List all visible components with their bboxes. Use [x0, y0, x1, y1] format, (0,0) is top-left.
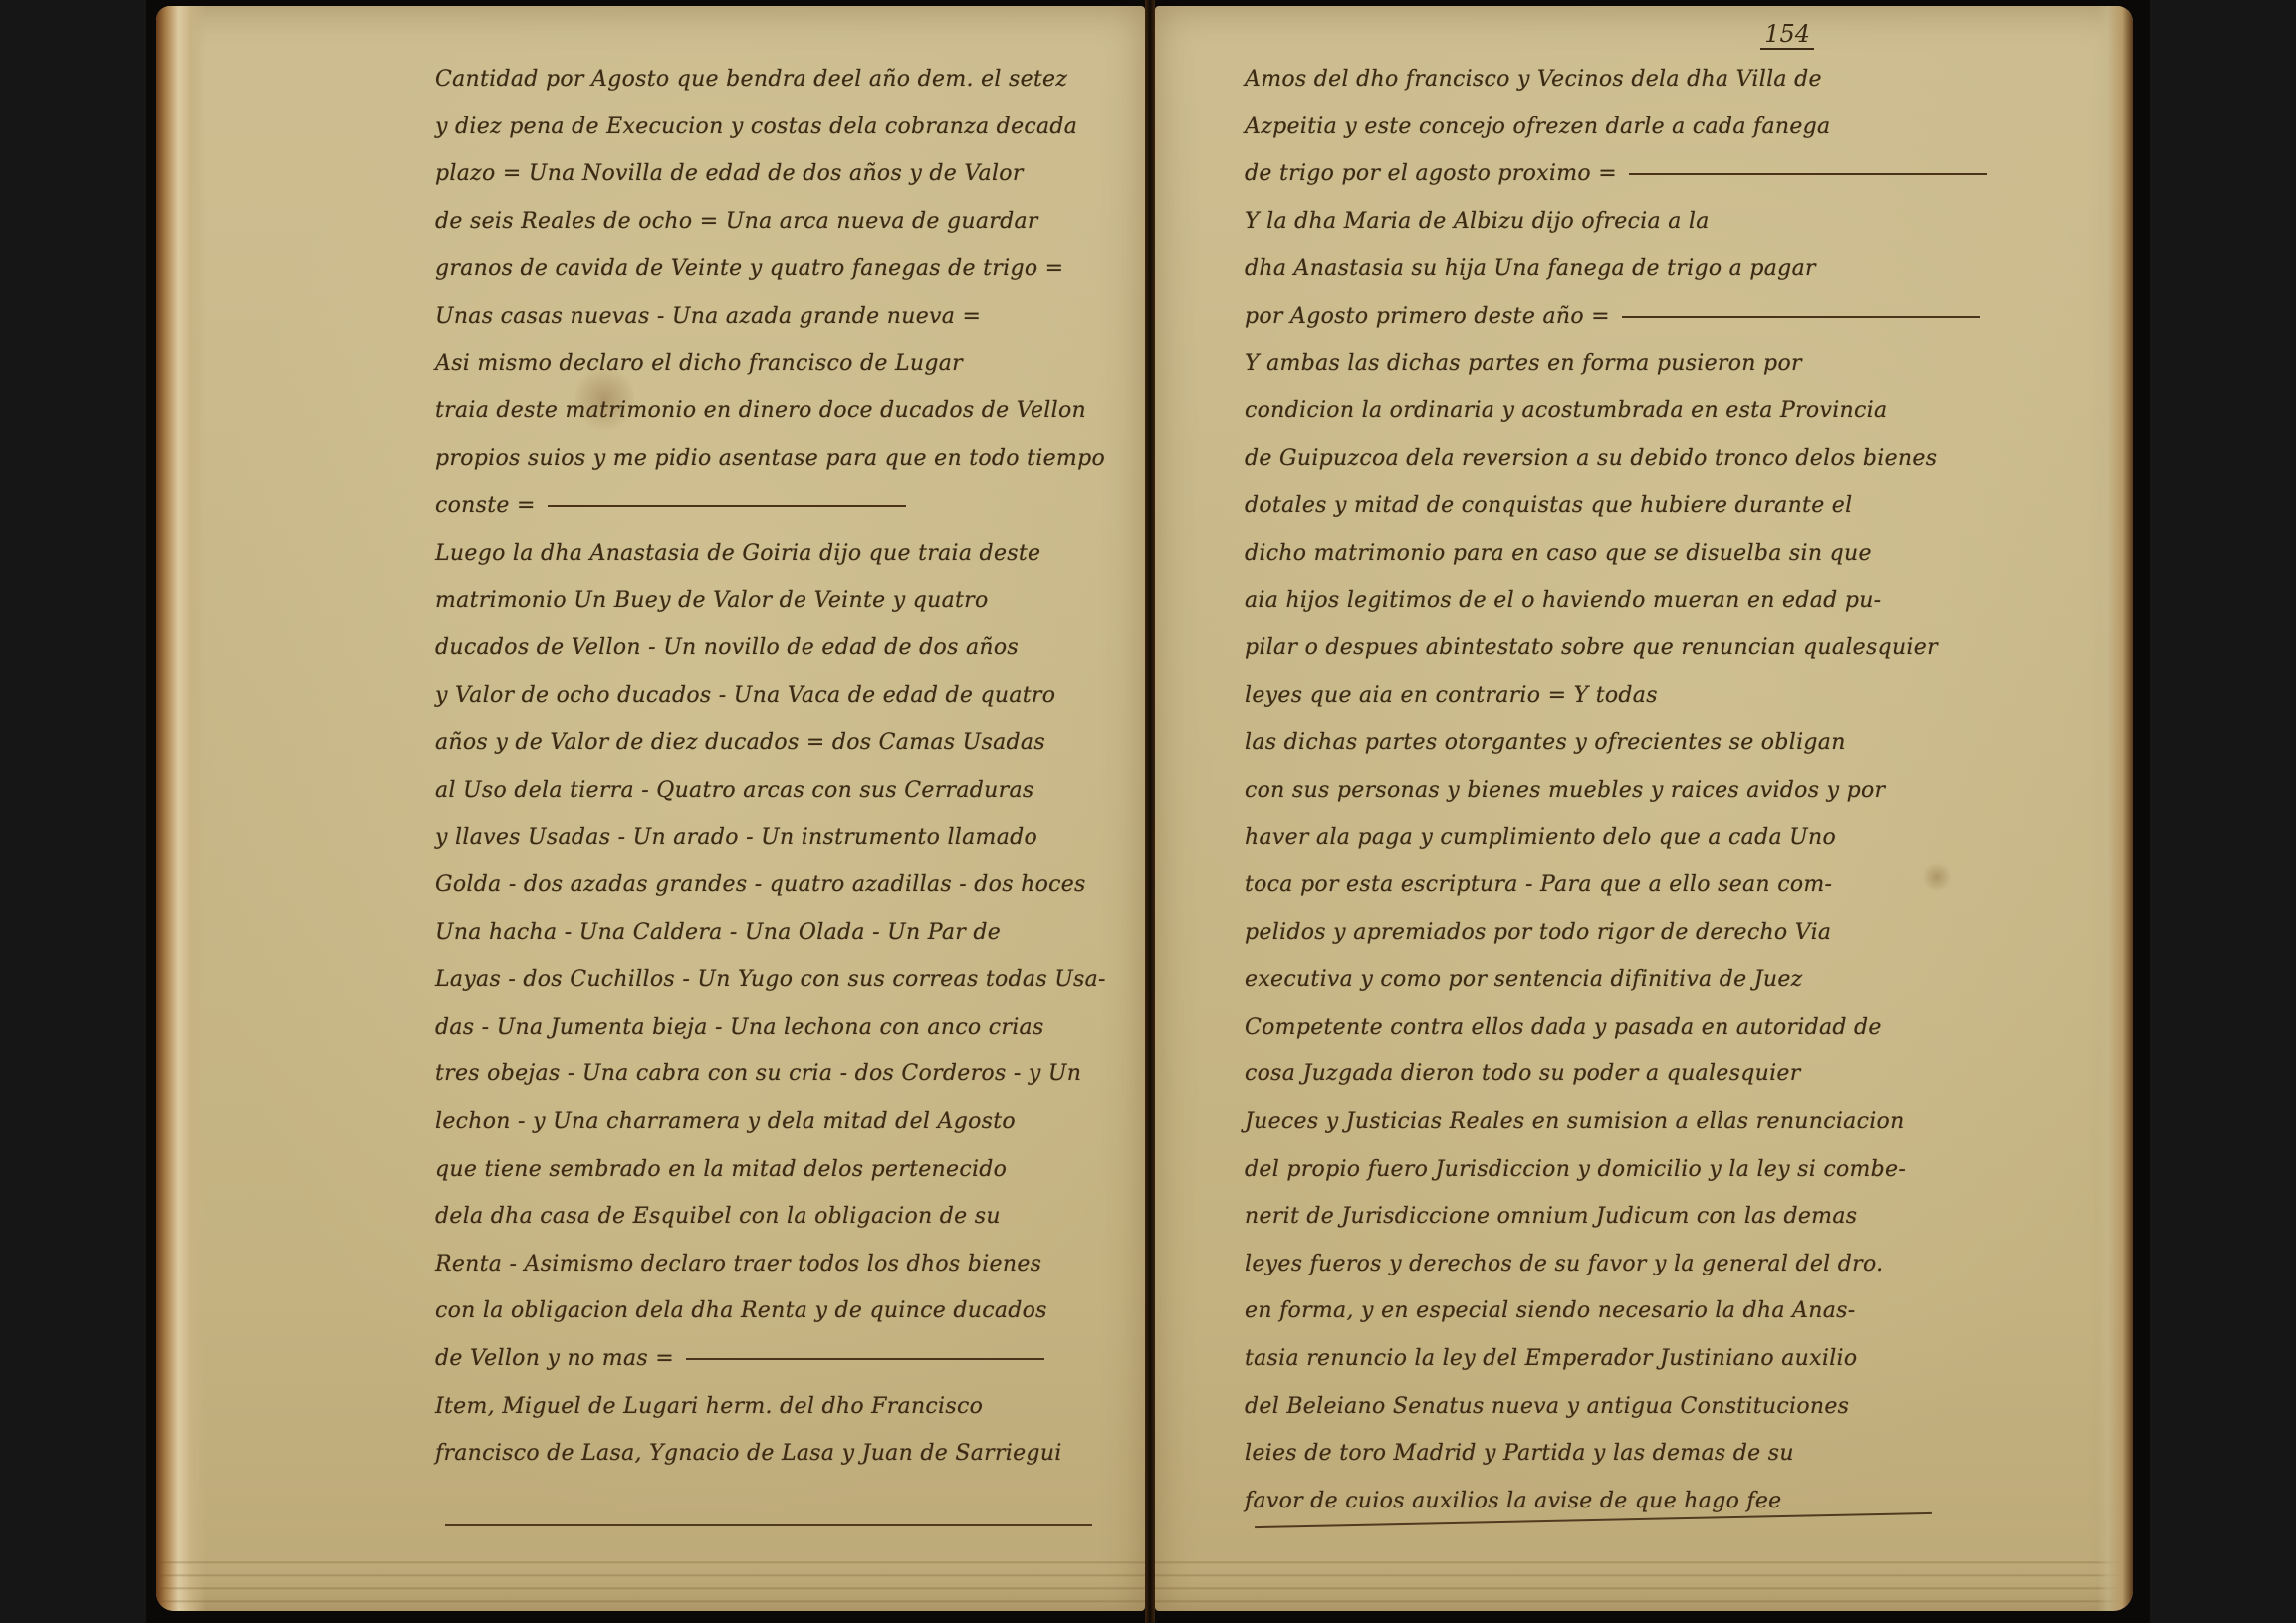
manuscript-line: Azpeitia y este concejo ofrezen darle a …: [1245, 104, 2101, 151]
manuscript-line: dicho matrimonio para en caso que se dis…: [1245, 530, 2101, 578]
manuscript-line: plazo = Una Novilla de edad de dos años …: [435, 150, 1122, 198]
manuscript-line: de Vellon y no mas =: [435, 1335, 1122, 1383]
manuscript-spread: Cantidad por Agosto que bendra deel año …: [146, 0, 2150, 1623]
manuscript-line: de seis Reales de ocho = Una arca nueva …: [435, 198, 1122, 246]
manuscript-line: francisco de Lasa, Ygnacio de Lasa y Jua…: [435, 1430, 1122, 1478]
manuscript-line: leyes que aia en contrario = Y todas: [1245, 672, 2101, 720]
manuscript-line: de trigo por el agosto proximo =: [1245, 150, 2101, 198]
manuscript-line: al Uso dela tierra - Quatro arcas con su…: [435, 767, 1122, 814]
manuscript-line: pelidos y apremiados por todo rigor de d…: [1245, 909, 2101, 957]
manuscript-line: leyes fueros y derechos de su favor y la…: [1245, 1241, 2101, 1288]
manuscript-line: del propio fuero Jurisdiccion y domicili…: [1245, 1146, 2101, 1194]
manuscript-line: de Guipuzcoa dela reversion a su debido …: [1245, 435, 2101, 483]
manuscript-line: Unas casas nuevas - Una azada grande nue…: [435, 293, 1122, 341]
manuscript-line: aia hijos legitimos de el o haviendo mue…: [1245, 578, 2101, 625]
manuscript-line: Cantidad por Agosto que bendra deel año …: [435, 56, 1122, 104]
manuscript-line: executiva y como por sentencia difinitiv…: [1245, 956, 2101, 1004]
manuscript-line: tasia renuncio la ley del Emperador Just…: [1245, 1335, 2101, 1383]
manuscript-line: Una hacha - Una Caldera - Una Olada - Un…: [435, 909, 1122, 957]
manuscript-line: Amos del dho francisco y Vecinos dela dh…: [1245, 56, 2101, 104]
manuscript-line: ducados de Vellon - Un novillo de edad d…: [435, 624, 1122, 672]
manuscript-line: y Valor de ocho ducados - Una Vaca de ed…: [435, 672, 1122, 720]
closing-rule: [445, 1524, 1092, 1526]
manuscript-line: Y la dha Maria de Albizu dijo ofrecia a …: [1245, 198, 2101, 246]
manuscript-line: años y de Valor de diez ducados = dos Ca…: [435, 719, 1122, 767]
manuscript-line: Jueces y Justicias Reales en sumision a …: [1245, 1098, 2101, 1146]
manuscript-line: haver ala paga y cumplimiento delo que a…: [1245, 814, 2101, 862]
manuscript-line: lechon - y Una charramera y dela mitad d…: [435, 1098, 1122, 1146]
manuscript-line: matrimonio Un Buey de Valor de Veinte y …: [435, 578, 1122, 625]
manuscript-line: Luego la dha Anastasia de Goiria dijo qu…: [435, 530, 1122, 578]
manuscript-line: dela dha casa de Esquibel con la obligac…: [435, 1193, 1122, 1241]
manuscript-line: con la obligacion dela dha Renta y de qu…: [435, 1287, 1122, 1335]
manuscript-line: pilar o despues abintestato sobre que re…: [1245, 624, 2101, 672]
left-page: Cantidad por Agosto que bendra deel año …: [156, 6, 1145, 1611]
manuscript-line: con sus personas y bienes muebles y raic…: [1245, 767, 2101, 814]
manuscript-line: nerit de Jurisdiccione omnium Judicum co…: [1245, 1193, 2101, 1241]
manuscript-line: que tiene sembrado en la mitad delos per…: [435, 1146, 1122, 1194]
manuscript-line: Competente contra ellos dada y pasada en…: [1245, 1004, 2101, 1051]
right-page-text: Amos del dho francisco y Vecinos dela dh…: [1245, 56, 2101, 1524]
page-edges: [1155, 1551, 2133, 1611]
manuscript-line: Y ambas las dichas partes en forma pusie…: [1245, 341, 2101, 388]
manuscript-line: Asi mismo declaro el dicho francisco de …: [435, 341, 1122, 388]
manuscript-line: por Agosto primero deste año =: [1245, 293, 2101, 341]
manuscript-line: del Beleiano Senatus nueva y antigua Con…: [1245, 1383, 2101, 1431]
manuscript-line: y diez pena de Execucion y costas dela c…: [435, 104, 1122, 151]
manuscript-line: las dichas partes otorgantes y ofrecient…: [1245, 719, 2101, 767]
manuscript-line: leies de toro Madrid y Partida y las dem…: [1245, 1430, 2101, 1478]
manuscript-line: conste =: [435, 482, 1122, 530]
manuscript-line: tres obejas - Una cabra con su cria - do…: [435, 1050, 1122, 1098]
right-page: 154 Amos del dho francisco y Vecinos del…: [1155, 6, 2133, 1611]
book-gutter: [1145, 0, 1155, 1623]
manuscript-line: y llaves Usadas - Un arado - Un instrume…: [435, 814, 1122, 862]
manuscript-line: cosa Juzgada dieron todo su poder a qual…: [1245, 1050, 2101, 1098]
manuscript-line: condicion la ordinaria y acostumbrada en…: [1245, 387, 2101, 435]
manuscript-line: propios suios y me pidio asentase para q…: [435, 435, 1122, 483]
manuscript-line: Item, Miguel de Lugari herm. del dho Fra…: [435, 1383, 1122, 1431]
manuscript-line: Layas - dos Cuchillos - Un Yugo con sus …: [435, 956, 1122, 1004]
manuscript-line: toca por esta escriptura - Para que a el…: [1245, 861, 2101, 909]
manuscript-line: dha Anastasia su hija Una fanega de trig…: [1245, 245, 2101, 293]
manuscript-line: Golda - dos azadas grandes - quatro azad…: [435, 861, 1122, 909]
manuscript-line: das - Una Jumenta bieja - Una lechona co…: [435, 1004, 1122, 1051]
left-page-text: Cantidad por Agosto que bendra deel año …: [435, 56, 1122, 1478]
manuscript-line: traia deste matrimonio en dinero doce du…: [435, 387, 1122, 435]
manuscript-line: granos de cavida de Veinte y quatro fane…: [435, 245, 1122, 293]
manuscript-line: dotales y mitad de conquistas que hubier…: [1245, 482, 2101, 530]
manuscript-line: en forma, y en especial siendo necesario…: [1245, 1287, 2101, 1335]
page-edges: [156, 1551, 1145, 1611]
manuscript-line: Renta - Asimismo declaro traer todos los…: [435, 1241, 1122, 1288]
folio-number: 154: [1760, 20, 1814, 50]
